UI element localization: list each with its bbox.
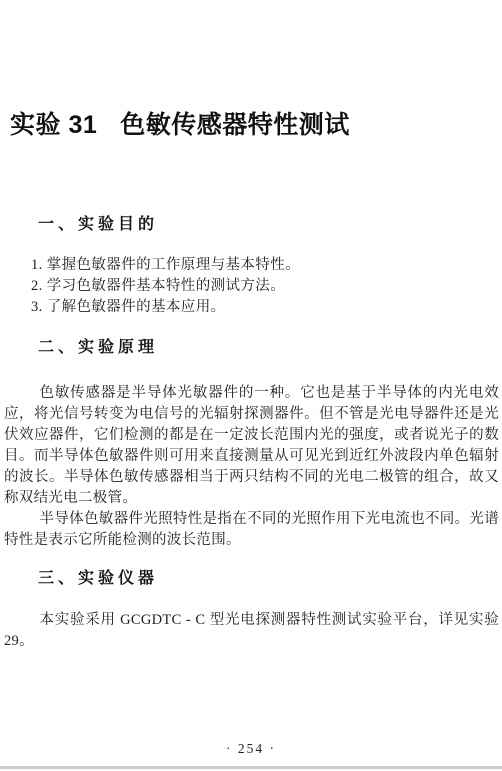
purpose-list-item-3: 3. 了解色敏器件的基本应用。 (31, 297, 300, 318)
section-heading-purpose: 一、实验目的 (38, 216, 158, 234)
principle-paragraph-2: 半导体色敏器件光照特性是指在不同的光照作用下光电流也不同。光谱特性是表示它所能检… (4, 509, 499, 551)
section-heading-equipment: 三、实验仪器 (38, 570, 158, 588)
purpose-list-item-1: 1. 掌握色敏器件的工作原理与基本特性。 (31, 255, 300, 276)
equipment-paragraph-1: 本实验采用 GCGDTC - C 型光电探测器特性测试实验平台，详见实验 29。 (4, 610, 499, 652)
purpose-list-item-2: 2. 学习色敏器件基本特性的测试方法。 (31, 276, 300, 297)
document-page: 实验 31色敏传感器特性测试 一、实验目的 1. 掌握色敏器件的工作原理与基本特… (0, 0, 502, 771)
equipment-paragraphs: 本实验采用 GCGDTC - C 型光电探测器特性测试实验平台，详见实验 29。 (4, 610, 499, 652)
principle-paragraph-1: 色敏传感器是半导体光敏器件的一种。它也是基于半导体的内光电效应，将光信号转变为电… (4, 383, 499, 509)
experiment-title: 色敏传感器特性测试 (120, 111, 350, 139)
page-number: · 254 · (0, 741, 502, 757)
principle-paragraphs: 色敏传感器是半导体光敏器件的一种。它也是基于半导体的内光电效应，将光信号转变为电… (4, 383, 499, 551)
purpose-list: 1. 掌握色敏器件的工作原理与基本特性。 2. 学习色敏器件基本特性的测试方法。… (31, 255, 300, 318)
page-title: 实验 31色敏传感器特性测试 (10, 110, 350, 141)
section-heading-principle: 二、实验原理 (38, 339, 158, 357)
page-edge-line (0, 766, 502, 769)
experiment-number: 实验 31 (10, 111, 97, 139)
